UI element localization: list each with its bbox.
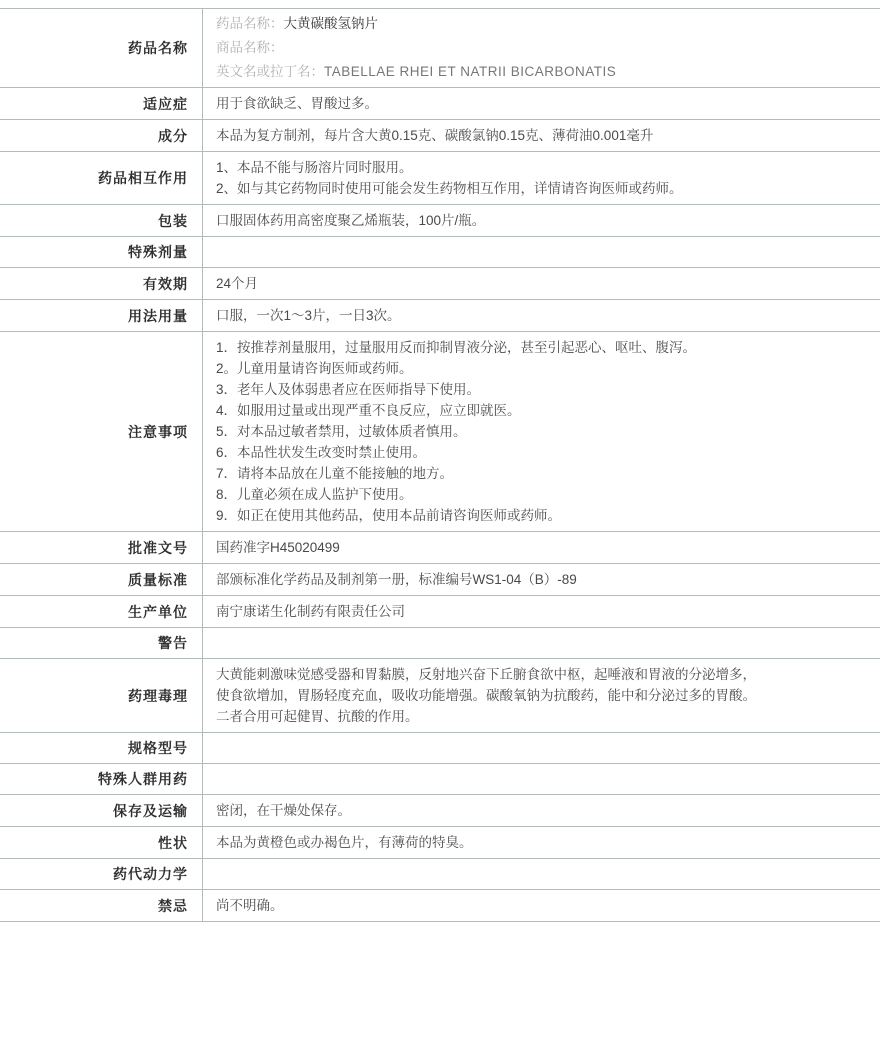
value-line: 药品名称：大黄碳酸氢钠片 [216,12,870,36]
value-line: 使食欲增加，胃肠轻度充血，吸收功能增强。碳酸氧钠为抗酸药，能中和分泌过多的胃酸。 [216,685,870,706]
table-row: 药理毒理大黄能刺激味觉感受器和胃黏膜，反射地兴奋下丘腑食欲中枢，起唾液和胃液的分… [0,659,880,733]
table-row: 注意事项1．按推荐剂量服用，过量服用反而抑制胃液分泌，甚至引起恶心、呕吐、腹泻。… [0,332,880,532]
row-label: 特殊人群用药 [0,764,203,794]
row-value: 部颁标准化学药品及制剂第一册，标准编号WS1-04（B）-89 [203,564,880,595]
row-label: 药理毒理 [0,659,203,732]
value-line: 口服固体药用高密度聚乙烯瓶装，100片/瓶。 [216,210,870,231]
table-row: 生产单位南宁康诺生化制药有限责任公司 [0,596,880,628]
row-label: 包装 [0,205,203,236]
table-row: 药品相互作用1、本品不能与肠溶片同时服用。2、如与其它药物同时使用可能会发生药物… [0,152,880,205]
row-label: 特殊剂量 [0,237,203,267]
value-line: 国药准字H45020499 [216,537,870,558]
field-value: TABELLAE RHEI ET NATRII BICARBONATIS [324,64,616,79]
value-line: 口服，一次1～3片，一日3次。 [216,305,870,326]
table-row: 成分本品为复方制剂，每片含大黄0.15克、碳酸氯钠0.15克、薄荷油0.001毫… [0,120,880,152]
row-label: 保存及运输 [0,795,203,826]
table-row: 批准文号国药准字H45020499 [0,532,880,564]
row-label: 警告 [0,628,203,658]
value-line: 7．请将本品放在儿童不能接触的地方。 [216,463,870,484]
value-line: 密闭，在干燥处保存。 [216,800,870,821]
table-row: 有效期24个月 [0,268,880,300]
row-label: 用法用量 [0,300,203,331]
table-row: 包装口服固体药用高密度聚乙烯瓶装，100片/瓶。 [0,205,880,237]
row-label: 药代动力学 [0,859,203,889]
drug-info-table: 药品名称药品名称：大黄碳酸氢钠片商品名称：英文名或拉丁名：TABELLAE RH… [0,8,880,922]
table-row: 警告 [0,628,880,659]
field-prefix: 药品名称： [216,16,284,31]
table-row: 质量标准部颁标准化学药品及制剂第一册，标准编号WS1-04（B）-89 [0,564,880,596]
value-line: 南宁康诺生化制药有限责任公司 [216,601,870,622]
table-row: 禁忌尚不明确。 [0,890,880,922]
row-value: 口服，一次1～3片，一日3次。 [203,300,880,331]
row-label: 质量标准 [0,564,203,595]
row-label: 生产单位 [0,596,203,627]
row-label: 药品相互作用 [0,152,203,204]
field-prefix: 英文名或拉丁名： [216,64,324,79]
row-value [203,237,880,267]
table-row: 用法用量口服，一次1～3片，一日3次。 [0,300,880,332]
value-line: 用于食欲缺乏、胃酸过多。 [216,93,870,114]
row-label: 药品名称 [0,9,203,87]
field-prefix: 商品名称： [216,40,284,55]
row-value: 密闭，在干燥处保存。 [203,795,880,826]
value-line: 8．儿童必须在成人监护下使用。 [216,484,870,505]
row-value [203,859,880,889]
row-value: 南宁康诺生化制药有限责任公司 [203,596,880,627]
row-label: 适应症 [0,88,203,119]
row-value: 尚不明确。 [203,890,880,921]
row-label: 禁忌 [0,890,203,921]
row-value: 药品名称：大黄碳酸氢钠片商品名称：英文名或拉丁名：TABELLAE RHEI E… [203,9,880,87]
value-line: 6．本品性状发生改变时禁止使用。 [216,442,870,463]
value-line: 2。儿童用量请咨询医师或药师。 [216,358,870,379]
value-line: 3．老年人及体弱患者应在医师指导下使用。 [216,379,870,400]
row-value: 24个月 [203,268,880,299]
row-value: 本品为复方制剂，每片含大黄0.15克、碳酸氯钠0.15克、薄荷油0.001毫升 [203,120,880,151]
value-line: 9．如正在使用其他药品，使用本品前请咨询医师或药师。 [216,505,870,526]
table-row: 药品名称药品名称：大黄碳酸氢钠片商品名称：英文名或拉丁名：TABELLAE RH… [0,9,880,88]
value-line: 5．对本品过敏者禁用，过敏体质者慎用。 [216,421,870,442]
table-row: 药代动力学 [0,859,880,890]
value-line: 1、本品不能与肠溶片同时服用。 [216,157,870,178]
value-line: 部颁标准化学药品及制剂第一册，标准编号WS1-04（B）-89 [216,569,870,590]
value-line: 商品名称： [216,36,870,60]
row-value: 国药准字H45020499 [203,532,880,563]
value-line: 本品为复方制剂，每片含大黄0.15克、碳酸氯钠0.15克、薄荷油0.001毫升 [216,125,870,146]
row-value: 1．按推荐剂量服用，过量服用反而抑制胃液分泌，甚至引起恶心、呕吐、腹泻。2。儿童… [203,332,880,531]
table-row: 适应症用于食欲缺乏、胃酸过多。 [0,88,880,120]
row-value: 1、本品不能与肠溶片同时服用。2、如与其它药物同时使用可能会发生药物相互作用，详… [203,152,880,204]
table-row: 规格型号 [0,733,880,764]
table-row: 特殊人群用药 [0,764,880,795]
table-row: 特殊剂量 [0,237,880,268]
table-row: 保存及运输密闭，在干燥处保存。 [0,795,880,827]
value-line: 二者合用可起健胃、抗酸的作用。 [216,706,870,727]
row-value: 本品为黄橙色或办褐色片，有薄荷的特臭。 [203,827,880,858]
row-value: 用于食欲缺乏、胃酸过多。 [203,88,880,119]
row-label: 性状 [0,827,203,858]
value-line: 本品为黄橙色或办褐色片，有薄荷的特臭。 [216,832,870,853]
table-row: 性状本品为黄橙色或办褐色片，有薄荷的特臭。 [0,827,880,859]
row-value [203,733,880,763]
row-label: 批准文号 [0,532,203,563]
row-label: 注意事项 [0,332,203,531]
row-label: 规格型号 [0,733,203,763]
row-value [203,764,880,794]
value-line: 24个月 [216,273,870,294]
row-label: 成分 [0,120,203,151]
field-value: 大黄碳酸氢钠片 [284,16,379,31]
row-value [203,628,880,658]
row-label: 有效期 [0,268,203,299]
value-line: 大黄能刺激味觉感受器和胃黏膜，反射地兴奋下丘腑食欲中枢，起唾液和胃液的分泌增多， [216,664,870,685]
row-value: 大黄能刺激味觉感受器和胃黏膜，反射地兴奋下丘腑食欲中枢，起唾液和胃液的分泌增多，… [203,659,880,732]
value-line: 2、如与其它药物同时使用可能会发生药物相互作用，详情请咨询医师或药师。 [216,178,870,199]
value-line: 尚不明确。 [216,895,870,916]
row-value: 口服固体药用高密度聚乙烯瓶装，100片/瓶。 [203,205,880,236]
value-line: 4．如服用过量或出现严重不良反应，应立即就医。 [216,400,870,421]
value-line: 1．按推荐剂量服用，过量服用反而抑制胃液分泌，甚至引起恶心、呕吐、腹泻。 [216,337,870,358]
value-line: 英文名或拉丁名：TABELLAE RHEI ET NATRII BICARBON… [216,60,870,84]
